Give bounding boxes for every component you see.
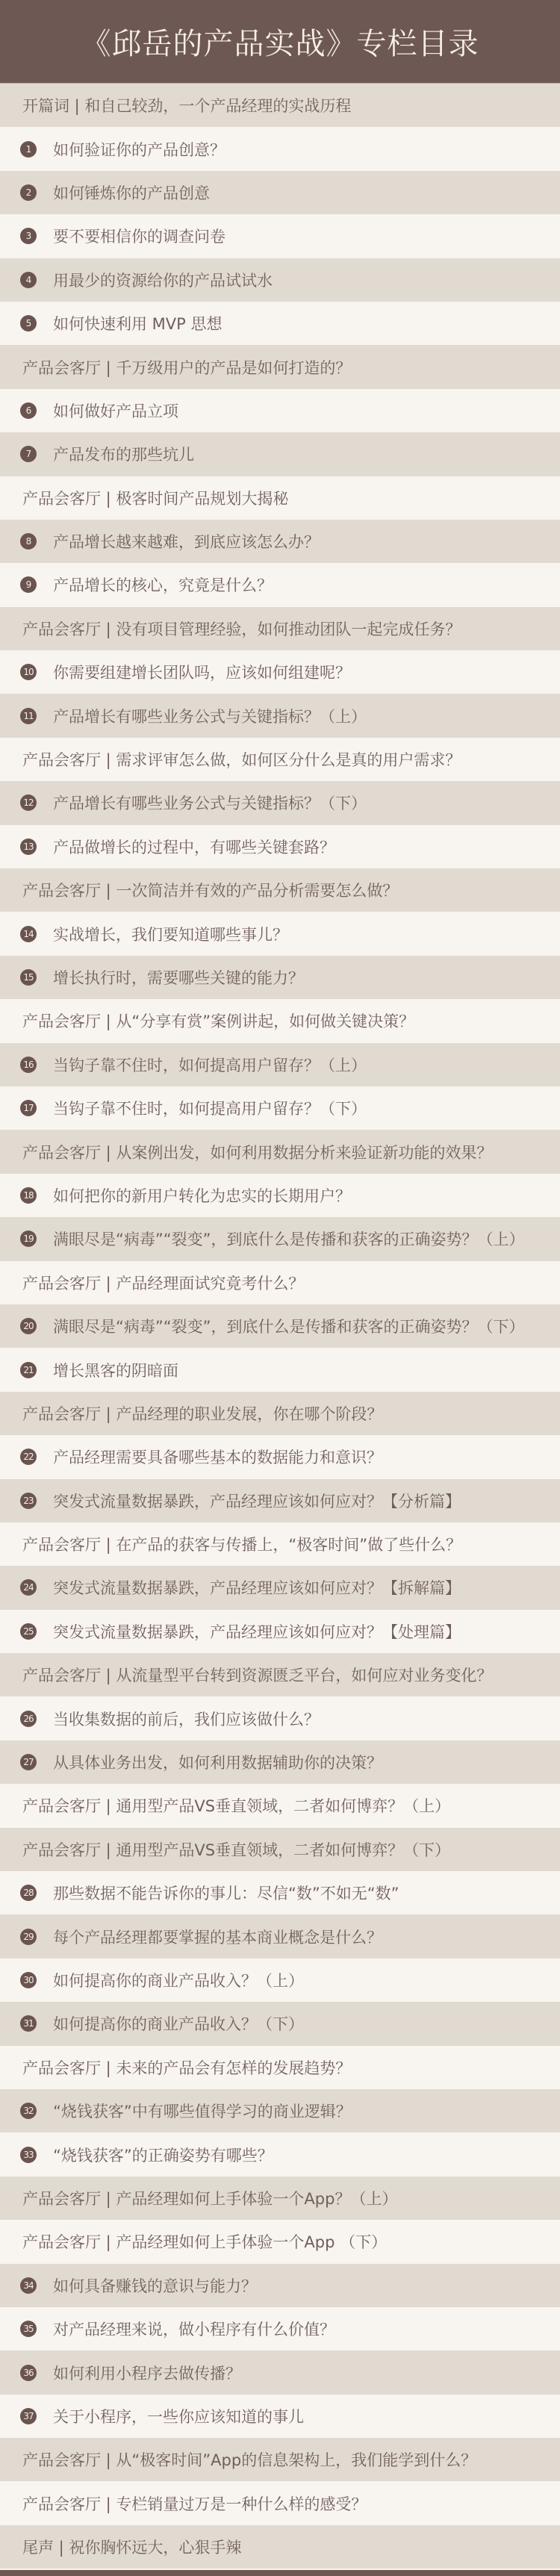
toc-item-lesson[interactable]: 17当钩子靠不住时，如何提高用户留存？（下） (0, 1086, 560, 1130)
toc-item-title: 当钩子靠不住时，如何提高用户留存？（下） (53, 1097, 367, 1119)
toc-item-special[interactable]: 产品会客厅 | 产品经理面试究竟考什么？ (0, 1261, 560, 1304)
toc-item-lesson[interactable]: 29每个产品经理都要掌握的基本商业概念是什么？ (0, 1914, 560, 1958)
lesson-number-badge: 18 (20, 1187, 37, 1204)
toc-item-lesson[interactable]: 18如何把你的新用户转化为忠实的长期用户？ (0, 1174, 560, 1217)
toc-item-title: 如何快速利用 MVP 思想 (53, 312, 223, 335)
lesson-number-badge: 23 (20, 1493, 37, 1509)
toc-item-title: 当收集数据的前后，我们应该做什么？ (53, 1708, 320, 1730)
toc-item-title: 产品会客厅 | 通用型产品VS垂直领域，二者如何博弈？（下） (22, 1838, 450, 1861)
lesson-number-badge: 22 (20, 1449, 37, 1465)
toc-item-title: 尾声 | 祝你胸怀远大，心狠手辣 (22, 2536, 241, 2558)
lesson-number-badge: 1 (20, 141, 37, 158)
toc-item-lesson[interactable]: 11产品增长有哪些业务公式与关键指标？（上） (0, 694, 560, 737)
toc-item-title: 实战增长，我们要知道哪些事儿？ (53, 923, 288, 945)
toc-item-title: 产品会客厅 | 产品经理的职业发展，你在哪个阶段？ (22, 1402, 382, 1425)
toc-item-title: 用最少的资源给你的产品试试水 (53, 269, 273, 291)
toc-item-lesson[interactable]: 31如何提高你的商业产品收入？（下） (0, 2002, 560, 2045)
toc-item-special[interactable]: 产品会客厅 | 通用型产品VS垂直领域，二者如何博弈？（下） (0, 1828, 560, 1871)
toc-item-lesson[interactable]: 35对产品经理来说，做小程序有什么价值？ (0, 2307, 560, 2351)
toc-item-title: 产品做增长的过程中，有哪些关键套路？ (53, 836, 335, 858)
lesson-number-badge: 7 (20, 446, 37, 462)
lesson-number-badge: 17 (20, 1100, 37, 1116)
lesson-number-badge: 11 (20, 708, 37, 724)
toc-item-title: 产品会客厅 | 需求评审怎么做，如何区分什么是真的用户需求？ (22, 748, 461, 771)
toc-item-title: 产品会客厅 | 从流量型平台转到资源匮乏平台，如何应对业务变化？ (22, 1664, 492, 1686)
toc-item-title: 对产品经理来说，做小程序有什么价值？ (53, 2318, 335, 2340)
lesson-number-badge: 32 (20, 2103, 37, 2119)
toc-item-title: 产品增长的核心，究竟是什么？ (53, 573, 273, 596)
toc-item-lesson[interactable]: 22产品经理需要具备哪些基本的数据能力和意识？ (0, 1435, 560, 1478)
toc-item-title: 如何把你的新用户转化为忠实的长期用户？ (53, 1184, 351, 1207)
toc-item-lesson[interactable]: 1如何验证你的产品创意？ (0, 127, 560, 170)
lesson-number-badge: 16 (20, 1057, 37, 1073)
toc-item-special[interactable]: 产品会客厅 | 千万级用户的产品是如何打造的？ (0, 345, 560, 388)
toc-item-title: 产品增长越来越难，到底应该怎么办？ (53, 530, 320, 553)
toc-item-lesson[interactable]: 23突发式流量数据暴跌，产品经理应该如何应对？【分析篇】 (0, 1479, 560, 1522)
toc-item-title: 产品发布的那些坑儿 (53, 443, 194, 465)
toc-item-title: 如何做好产品立项 (53, 399, 178, 422)
lesson-number-badge: 27 (20, 1754, 37, 1770)
toc-item-special[interactable]: 产品会客厅 | 未来的产品会有怎样的发展趋势？ (0, 2046, 560, 2089)
lesson-number-badge: 21 (20, 1362, 37, 1378)
toc-item-title: 那些数据不能告诉你的事儿：尽信“数”不如无“数” (53, 1882, 399, 1904)
toc-item-title: 开篇词 | 和自己较劲，一个产品经理的实战历程 (22, 94, 351, 116)
toc-item-title: 产品经理需要具备哪些基本的数据能力和意识？ (53, 1446, 382, 1468)
toc-item-lesson[interactable]: 16当钩子靠不住时，如何提高用户留存？（上） (0, 1043, 560, 1086)
lesson-number-badge: 9 (20, 576, 37, 593)
toc-item-title: 产品会客厅 | 产品经理面试究竟考什么？ (22, 1272, 304, 1294)
toc-item-title: 产品会客厅 | 从“极客时间”App的信息架构上，我们能学到什么？ (22, 2448, 476, 2471)
toc-item-title: 满眼尽是“病毒”“裂变”，到底什么是传播和获客的正确姿势？（上） (53, 1228, 525, 1250)
toc-item-lesson[interactable]: 15增长执行时，需要哪些关键的能力？ (0, 956, 560, 999)
toc-item-special[interactable]: 产品会客厅 | 需求评审怎么做，如何区分什么是真的用户需求？ (0, 738, 560, 781)
toc-item-special[interactable]: 产品会客厅 | 从流量型平台转到资源匮乏平台，如何应对业务变化？ (0, 1653, 560, 1696)
toc-item-title: 从具体业务出发，如何利用数据辅助你的决策？ (53, 1751, 382, 1773)
toc-item-title: 产品会客厅 | 千万级用户的产品是如何打造的？ (22, 356, 351, 379)
toc-item-title: 如何具备赚钱的意识与能力？ (53, 2274, 257, 2297)
toc-item-title: 满眼尽是“病毒”“裂变”，到底什么是传播和获客的正确姿势？（下） (53, 1315, 525, 1337)
toc-item-lesson[interactable]: 28那些数据不能告诉你的事儿：尽信“数”不如无“数” (0, 1871, 560, 1914)
toc-item-lesson[interactable]: 25突发式流量数据暴跌，产品经理应该如何应对？【处理篇】 (0, 1610, 560, 1653)
toc-item-special[interactable]: 产品会客厅 | 极客时间产品规划大揭秘 (0, 476, 560, 520)
lesson-number-badge: 5 (20, 315, 37, 332)
toc-item-special[interactable]: 产品会客厅 | 在产品的获客与传播上，“极客时间”做了些什么？ (0, 1522, 560, 1566)
toc-item-lesson[interactable]: 20满眼尽是“病毒”“裂变”，到底什么是传播和获客的正确姿势？（下） (0, 1304, 560, 1348)
toc-item-title: 产品会客厅 | 产品经理如何上手体验一个App？（上） (22, 2187, 397, 2209)
lesson-number-badge: 4 (20, 272, 37, 288)
toc-item-special[interactable]: 产品会客厅 | 一次简洁并有效的产品分析需要怎么做？ (0, 868, 560, 912)
toc-item-title: 突发式流量数据暴跌，产品经理应该如何应对？【分析篇】 (53, 1490, 461, 1512)
toc-item-lesson[interactable]: 5如何快速利用 MVP 思想 (0, 302, 560, 345)
lesson-number-badge: 24 (20, 1579, 37, 1596)
toc-item-title: 要不要相信你的调查问卷 (53, 225, 225, 247)
toc-item-lesson[interactable]: 14实战增长，我们要知道哪些事儿？ (0, 912, 560, 955)
page-title: 《邱岳的产品实战》专栏目录 (81, 20, 479, 63)
toc-item-lesson[interactable]: 21增长黑客的阴暗面 (0, 1348, 560, 1391)
lesson-number-badge: 37 (20, 2408, 37, 2424)
lesson-number-badge: 34 (20, 2277, 37, 2294)
lesson-number-badge: 15 (20, 969, 37, 986)
toc-item-special[interactable]: 产品会客厅 | 没有项目管理经验，如何推动团队一起完成任务？ (0, 607, 560, 650)
toc-item-title: 产品会客厅 | 通用型产品VS垂直领域，二者如何博弈？（上） (22, 1794, 450, 1817)
toc-item-title: 当钩子靠不住时，如何提高用户留存？（上） (53, 1054, 367, 1076)
toc-item-special[interactable]: 产品会客厅 | 产品经理的职业发展，你在哪个阶段？ (0, 1392, 560, 1435)
toc-item-lesson[interactable]: 33“烧钱获客”的正确姿势有哪些？ (0, 2132, 560, 2176)
lesson-number-badge: 8 (20, 533, 37, 550)
toc-item-lesson[interactable]: 30如何提高你的商业产品收入？（上） (0, 1959, 560, 2002)
lesson-number-badge: 12 (20, 794, 37, 811)
lesson-number-badge: 2 (20, 184, 37, 201)
toc-item-special[interactable]: 产品会客厅 | 专栏销量过万是一种什么样的感受？ (0, 2481, 560, 2524)
toc-item-title: 产品会客厅 | 一次简洁并有效的产品分析需要怎么做？ (22, 879, 398, 901)
lesson-number-badge: 10 (20, 664, 37, 680)
toc-item-title: 产品会客厅 | 没有项目管理经验，如何推动团队一起完成任务？ (22, 617, 461, 640)
toc-item-title: 如何锤炼你的产品创意 (53, 181, 210, 204)
toc-item-title: 每个产品经理都要掌握的基本商业概念是什么？ (53, 1926, 382, 1948)
toc-item-lesson[interactable]: 3要不要相信你的调查问卷 (0, 214, 560, 258)
toc-item-lesson[interactable]: 36如何利用小程序去做传播？ (0, 2351, 560, 2394)
lesson-number-badge: 6 (20, 402, 37, 419)
toc-item-title: 你需要组建增长团队吗，应该如何组建呢？ (53, 661, 351, 683)
toc-item-lesson[interactable]: 9产品增长的核心，究竟是什么？ (0, 563, 560, 606)
toc-item-lesson[interactable]: 27从具体业务出发，如何利用数据辅助你的决策？ (0, 1740, 560, 1784)
toc-item-lesson[interactable]: 34 如何具备赚钱的意识与能力？ (0, 2264, 560, 2307)
lesson-number-badge: 29 (20, 1929, 37, 1945)
lesson-number-badge: 19 (20, 1231, 37, 1247)
lesson-number-badge: 14 (20, 926, 37, 942)
toc-item-title: 关于小程序，一些你应该知道的事儿 (53, 2405, 304, 2427)
toc-item-title: “烧钱获客”中有哪些值得学习的商业逻辑？ (53, 2100, 352, 2122)
lesson-number-badge: 35 (20, 2321, 37, 2337)
toc-item-title: 产品会客厅 | 产品经理如何上手体验一个App （下） (22, 2230, 387, 2253)
toc-item-special[interactable]: 尾声 | 祝你胸怀远大，心狠手辣 (0, 2525, 560, 2569)
toc-item-special[interactable]: 产品会客厅 | 从“分享有赏”案例讲起，如何做关键决策？ (0, 999, 560, 1042)
toc-item-title: 产品会客厅 | 从“分享有赏”案例讲起，如何做关键决策？ (22, 1009, 414, 1032)
toc-item-special[interactable]: 开篇词 | 和自己较劲，一个产品经理的实战历程 (0, 84, 560, 127)
lesson-number-badge: 36 (20, 2365, 37, 2381)
toc-item-lesson[interactable]: 24突发式流量数据暴跌，产品经理应该如何应对？【拆解篇】 (0, 1566, 560, 1609)
lesson-number-badge: 3 (20, 228, 37, 244)
toc-item-title: 如何利用小程序去做传播？ (53, 2362, 241, 2384)
toc-item-special[interactable]: 产品会客厅 | 从案例出发，如何利用数据分析来验证新功能的效果？ (0, 1130, 560, 1173)
toc-item-special[interactable]: 产品会客厅 | 产品经理如何上手体验一个App （下） (0, 2220, 560, 2263)
toc-item-lesson[interactable]: 37关于小程序，一些你应该知道的事儿 (0, 2395, 560, 2438)
toc-item-special[interactable]: 产品会客厅 | 通用型产品VS垂直领域，二者如何博弈？（上） (0, 1784, 560, 1827)
toc-item-title: 产品会客厅 | 在产品的获客与传播上，“极客时间”做了些什么？ (22, 1533, 461, 1555)
footer-bar (0, 2570, 560, 2576)
toc-item-lesson[interactable]: 4用最少的资源给你的产品试试水 (0, 258, 560, 302)
toc-item-title: 产品会客厅 | 从案例出发，如何利用数据分析来验证新功能的效果？ (22, 1141, 492, 1163)
toc-item-lesson[interactable]: 13产品做增长的过程中，有哪些关键套路？ (0, 825, 560, 868)
header-banner: 《邱岳的产品实战》专栏目录 (0, 0, 560, 84)
toc-item-lesson[interactable]: 8产品增长越来越难，到底应该怎么办？ (0, 520, 560, 563)
lesson-number-badge: 13 (20, 839, 37, 855)
toc-item-title: 产品增长有哪些业务公式与关键指标？（上） (53, 705, 367, 727)
toc-item-title: 如何提高你的商业产品收入？（上） (53, 1969, 304, 1991)
toc-item-title: 产品会客厅 | 极客时间产品规划大揭秘 (22, 487, 288, 509)
toc-item-special[interactable]: 产品会客厅 | 产品经理如何上手体验一个App？（上） (0, 2177, 560, 2220)
toc-item-title: 如何验证你的产品创意？ (53, 138, 225, 161)
lesson-number-badge: 25 (20, 1623, 37, 1640)
lesson-number-badge: 33 (20, 2147, 37, 2163)
toc-item-title: 突发式流量数据暴跌，产品经理应该如何应对？【处理篇】 (53, 1620, 461, 1643)
toc-item-lesson[interactable]: 2如何锤炼你的产品创意 (0, 171, 560, 214)
toc-item-lesson[interactable]: 6如何做好产品立项 (0, 389, 560, 432)
lesson-number-badge: 26 (20, 1711, 37, 1727)
toc-item-lesson[interactable]: 7产品发布的那些坑儿 (0, 432, 560, 476)
toc-item-title: 增长黑客的阴暗面 (53, 1359, 178, 1381)
toc-item-lesson[interactable]: 26当收集数据的前后，我们应该做什么？ (0, 1696, 560, 1740)
lesson-number-badge: 20 (20, 1318, 37, 1334)
toc-item-title: 产品增长有哪些业务公式与关键指标？（下） (53, 791, 367, 814)
toc-item-lesson[interactable]: 10你需要组建增长团队吗，应该如何组建呢？ (0, 650, 560, 694)
lesson-number-badge: 30 (20, 1972, 37, 1988)
toc-item-title: 产品会客厅 | 未来的产品会有怎样的发展趋势？ (22, 2056, 351, 2079)
lesson-number-badge: 31 (20, 2015, 37, 2032)
toc-item-special[interactable]: 产品会客厅 | 从“极客时间”App的信息架构上，我们能学到什么？ (0, 2438, 560, 2481)
toc-item-title: 产品会客厅 | 专栏销量过万是一种什么样的感受？ (22, 2492, 367, 2515)
lesson-number-badge: 28 (20, 1885, 37, 1901)
toc-item-title: “烧钱获客”的正确姿势有哪些？ (53, 2144, 273, 2166)
toc-item-lesson[interactable]: 32“烧钱获客”中有哪些值得学习的商业逻辑？ (0, 2089, 560, 2132)
toc-item-title: 如何提高你的商业产品收入？（下） (53, 2012, 304, 2035)
toc-item-title: 突发式流量数据暴跌，产品经理应该如何应对？【拆解篇】 (53, 1576, 461, 1599)
toc-item-lesson[interactable]: 19满眼尽是“病毒”“裂变”，到底什么是传播和获客的正确姿势？（上） (0, 1217, 560, 1260)
toc-list: 开篇词 | 和自己较劲，一个产品经理的实战历程1如何验证你的产品创意？2如何锤炼… (0, 84, 560, 2569)
toc-item-lesson[interactable]: 12产品增长有哪些业务公式与关键指标？（下） (0, 781, 560, 824)
toc-item-title: 增长执行时，需要哪些关键的能力？ (53, 966, 304, 989)
